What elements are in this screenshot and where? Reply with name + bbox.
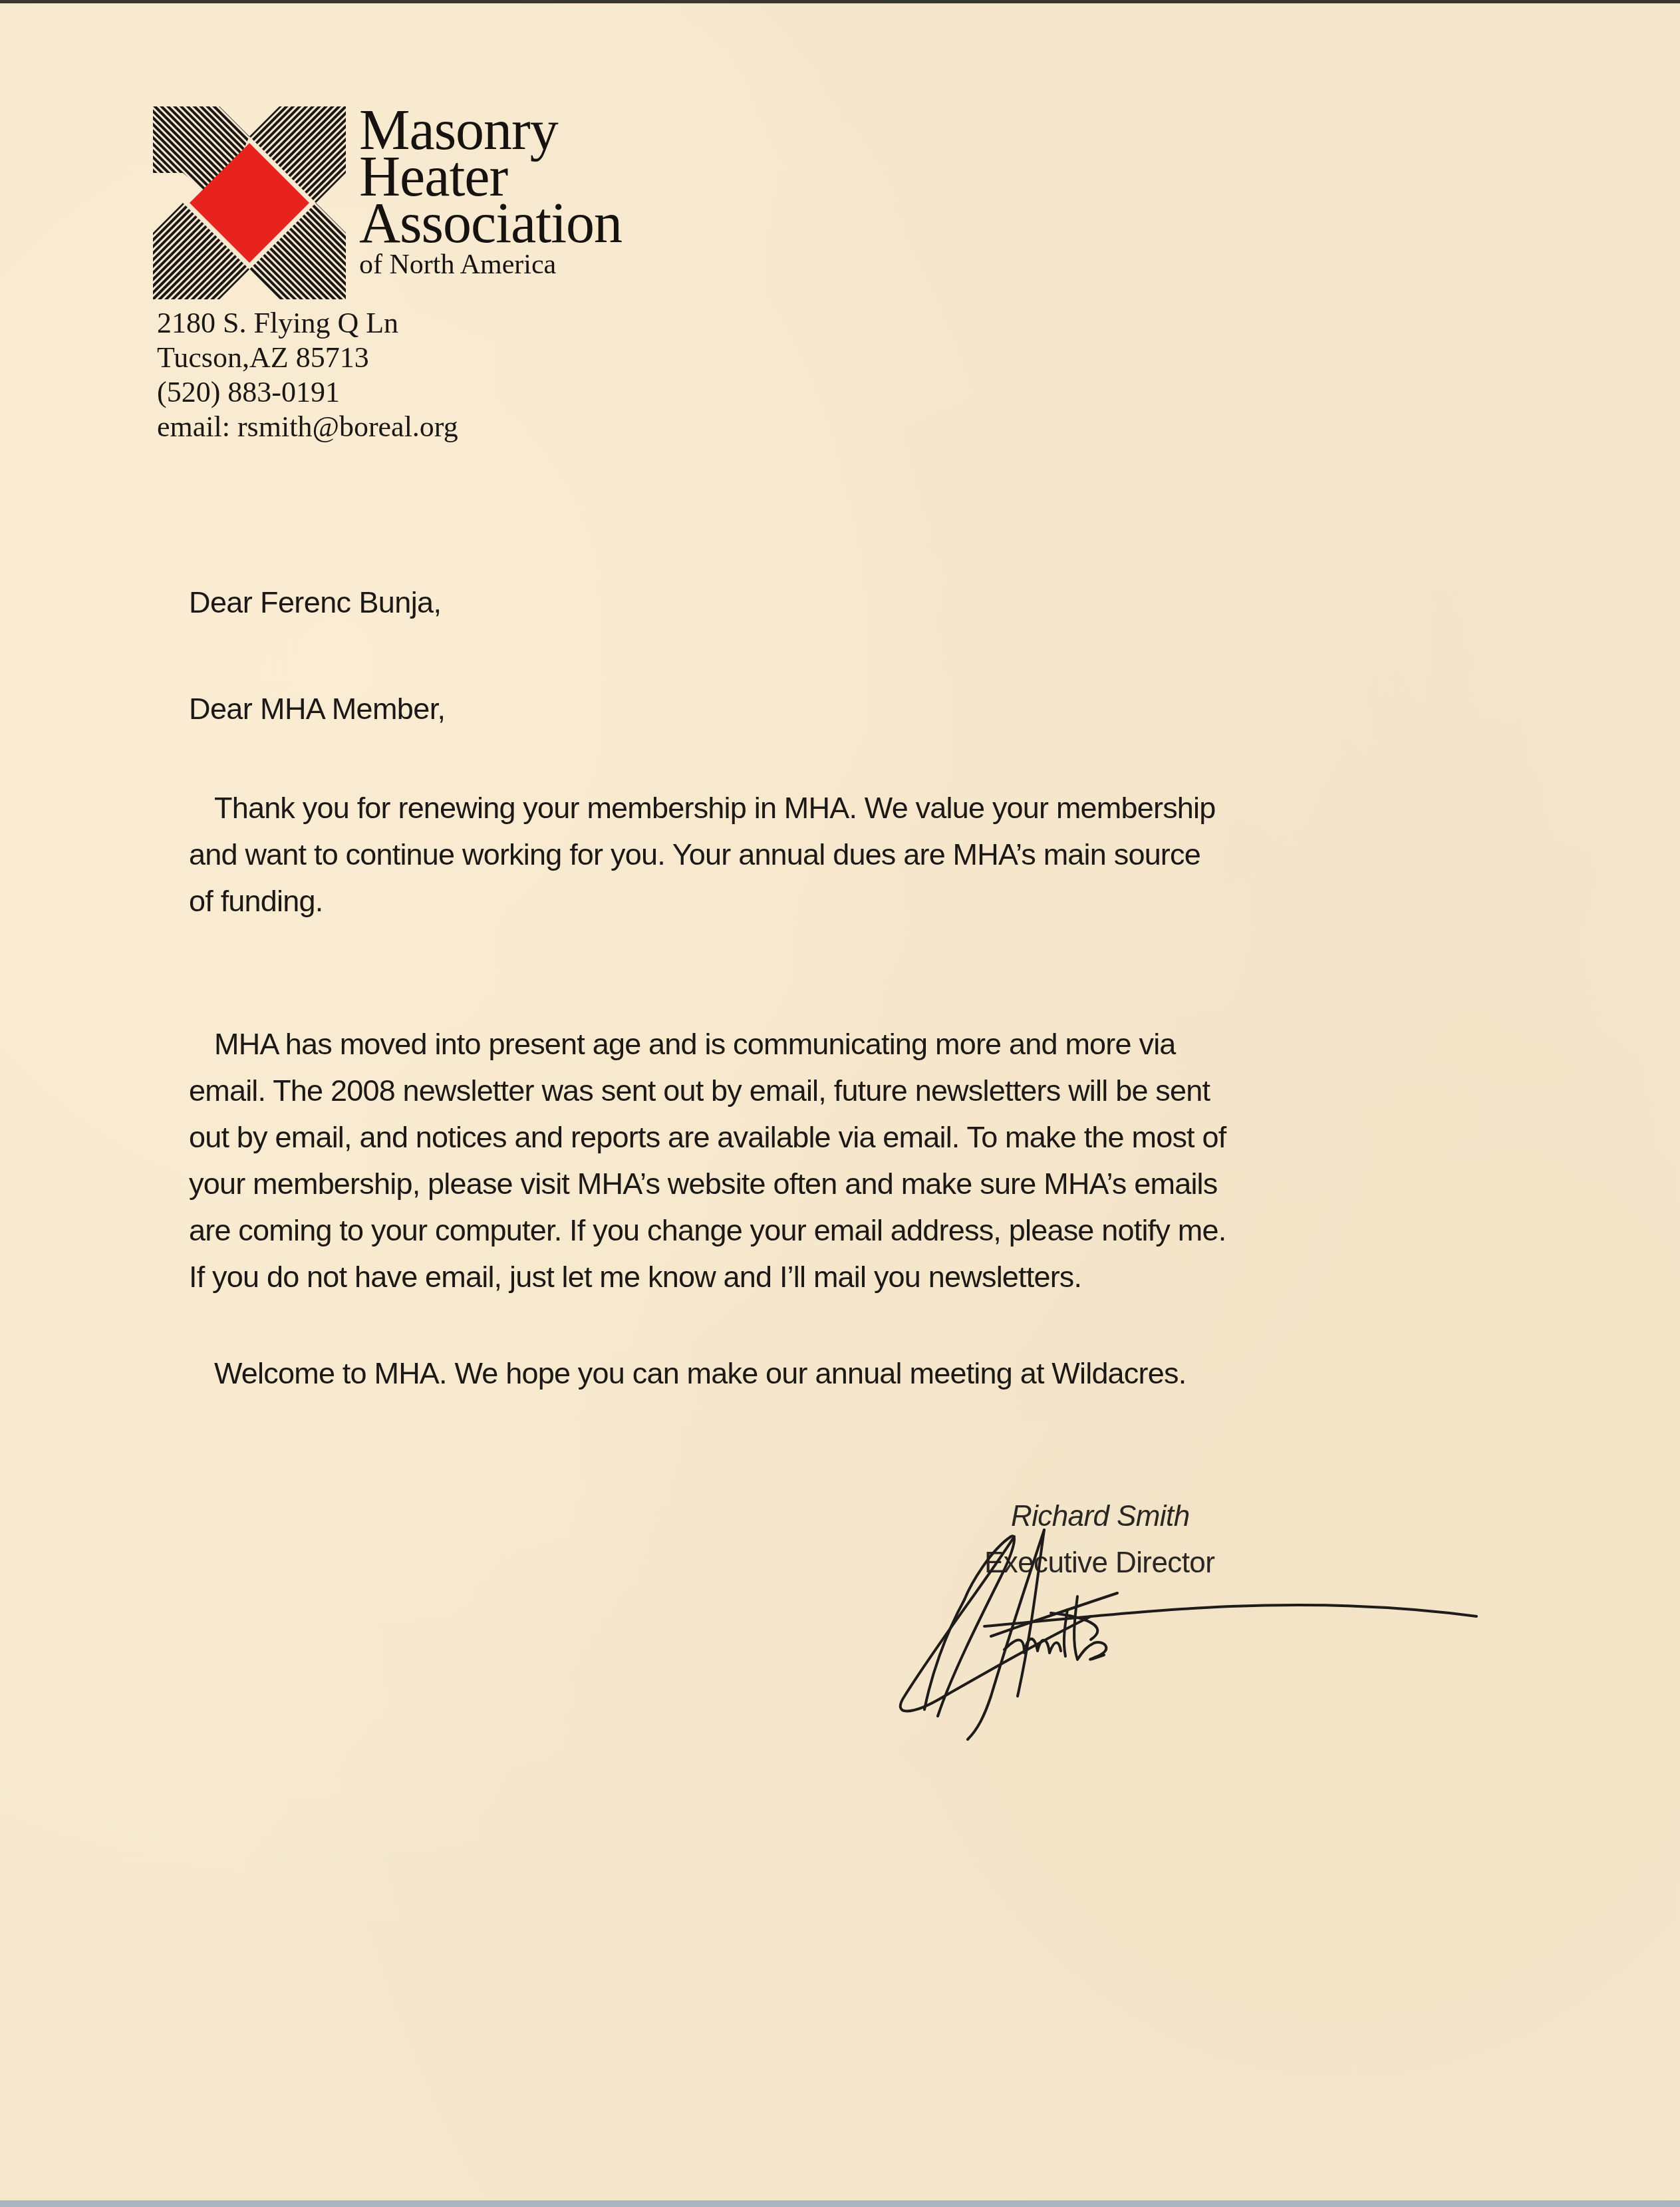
address-street: 2180 S. Flying Q Ln [157,306,458,341]
org-name-line-3: Association [359,200,622,246]
letter-page: Masonry Heater Association of North Amer… [0,0,1680,2207]
mha-x-logo-icon [153,106,346,299]
address-phone: (520) 883-0191 [157,375,458,410]
paragraph-line: If you do not have email, just let me kn… [189,1254,1226,1300]
paragraph-line: MHA has moved into present age and is co… [189,1021,1226,1068]
paragraph-line: Thank you for renewing your membership i… [189,785,1216,831]
paragraph-line: are coming to your computer. If you chan… [189,1207,1226,1254]
address-email: email: rsmith@boreal.org [157,410,458,444]
handwritten-signature-icon [885,1477,1483,1756]
paragraph-line: and want to continue working for you. Yo… [189,831,1216,878]
org-name: Masonry Heater Association of North Amer… [359,106,622,281]
paragraph-email: MHA has moved into present age and is co… [189,1021,1226,1300]
paragraph-line: Welcome to MHA. We hope you can make our… [189,1350,1186,1397]
letterhead-address: 2180 S. Flying Q Ln Tucson,AZ 85713 (520… [157,306,458,444]
address-city: Tucson,AZ 85713 [157,341,458,375]
paragraph-line: your membership, please visit MHA’s webs… [189,1161,1226,1207]
paragraph-renewal: Thank you for renewing your membership i… [189,785,1216,925]
paragraph-line: email. The 2008 newsletter was sent out … [189,1068,1226,1114]
scan-bottom-edge [0,2200,1680,2207]
salutation-member: Dear MHA Member, [189,692,446,726]
scan-top-edge [0,0,1680,3]
paragraph-line: of funding. [189,878,1216,925]
paragraph-welcome: Welcome to MHA. We hope you can make our… [189,1350,1186,1397]
paragraph-line: out by email, and notices and reports ar… [189,1114,1226,1161]
salutation-recipient: Dear Ferenc Bunja, [189,585,441,620]
